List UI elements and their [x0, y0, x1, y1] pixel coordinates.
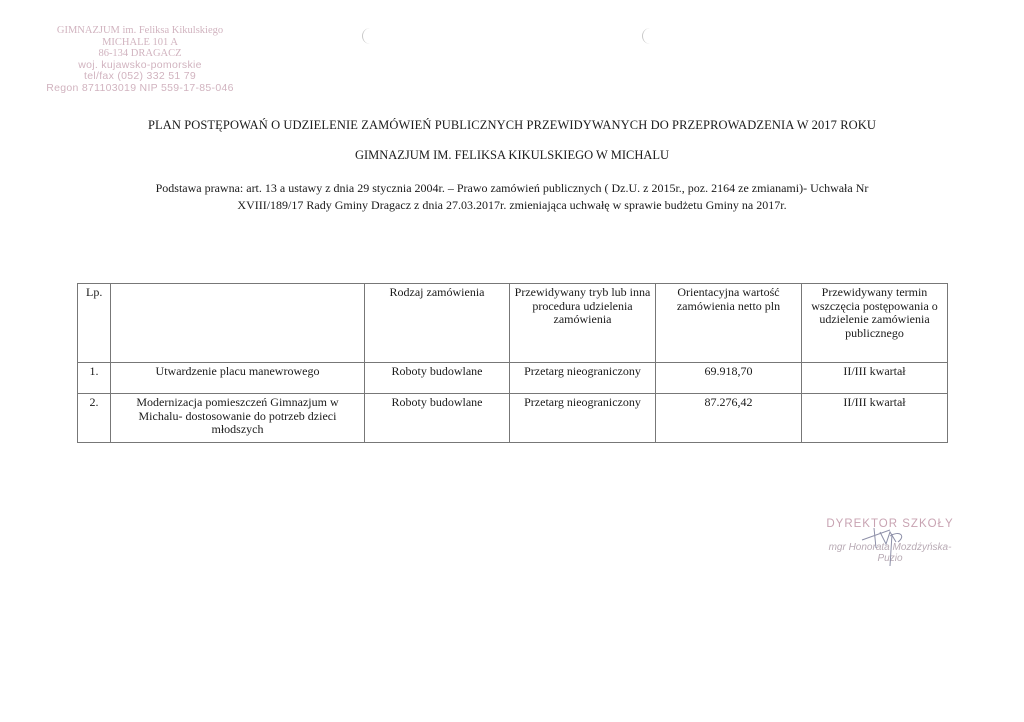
header-subject — [111, 284, 365, 363]
document-title: PLAN POSTĘPOWAŃ O UDZIELENIE ZAMÓWIEŃ PU… — [0, 118, 1024, 133]
stamp-line: Regon 871103019 NIP 559-17-85-046 — [30, 83, 250, 95]
cell-lp: 2. — [78, 394, 111, 443]
header-procedure: Przewidywany tryb lub inna procedura udz… — [510, 284, 656, 363]
legal-basis: Podstawa prawna: art. 13 a ustawy z dnia… — [100, 180, 924, 214]
cell-start-date: II/III kwartał — [802, 363, 948, 394]
cell-order-type: Roboty budowlane — [365, 394, 510, 443]
stamp-line: tel/fax (052) 332 51 79 — [30, 71, 250, 83]
header-lp: Lp. — [78, 284, 111, 363]
table-row: 1. Utwardzenie placu manewrowego Roboty … — [78, 363, 948, 394]
cell-order-type: Roboty budowlane — [365, 363, 510, 394]
legal-basis-line: Podstawa prawna: art. 13 a ustawy z dnia… — [100, 180, 924, 197]
header-start-date: Przewidywany termin wszczęcia postępowan… — [802, 284, 948, 363]
cell-procedure: Przetarg nieograniczony — [510, 394, 656, 443]
stamp-line: GIMNAZJUM im. Feliksa Kikulskiego — [30, 25, 250, 37]
document-subtitle: GIMNAZJUM IM. FELIKSA KIKULSKIEGO W MICH… — [0, 148, 1024, 163]
stamp-line: MICHALE 101 A — [30, 37, 250, 49]
school-stamp: GIMNAZJUM im. Feliksa Kikulskiego MICHAL… — [30, 25, 250, 94]
cell-subject: Modernizacja pomieszczeń Gimnazjum w Mic… — [111, 394, 365, 443]
director-signature-stamp: DYREKTOR SZKOŁY mgr Honorata Mozdżyńska-… — [820, 518, 960, 564]
handwritten-signature-icon — [860, 522, 920, 567]
header-value: Orientacyjna wartość zamówienia netto pl… — [656, 284, 802, 363]
legal-basis-line: XVIII/189/17 Rady Gminy Dragacz z dnia 2… — [100, 197, 924, 214]
table-row: 2. Modernizacja pomieszczeń Gimnazjum w … — [78, 394, 948, 443]
cell-value: 69.918,70 — [656, 363, 802, 394]
cell-value: 87.276,42 — [656, 394, 802, 443]
cell-subject: Utwardzenie placu manewrowego — [111, 363, 365, 394]
procurement-plan-table: Lp. Rodzaj zamówienia Przewidywany tryb … — [77, 283, 948, 443]
cell-lp: 1. — [78, 363, 111, 394]
table-header-row: Lp. Rodzaj zamówienia Przewidywany tryb … — [78, 284, 948, 363]
cell-start-date: II/III kwartał — [802, 394, 948, 443]
header-order-type: Rodzaj zamówienia — [365, 284, 510, 363]
stamp-line: 86-134 DRAGACZ — [30, 48, 250, 60]
punch-hole-mark — [362, 28, 373, 44]
punch-hole-mark — [642, 28, 653, 44]
cell-procedure: Przetarg nieograniczony — [510, 363, 656, 394]
